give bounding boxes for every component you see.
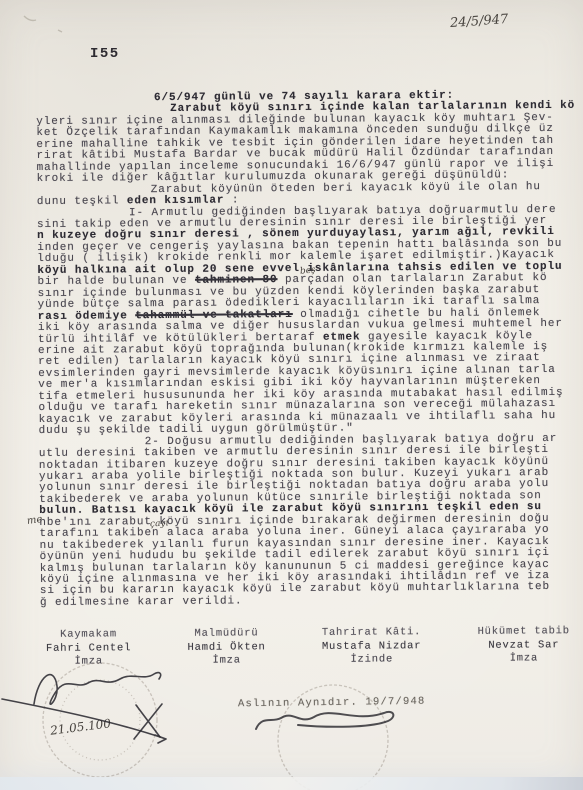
pencil-mark — [24, 16, 36, 21]
sig-title: Hükümet tabib — [478, 625, 570, 639]
sig-title: Malmüdürü — [187, 627, 265, 641]
sig-note: İmza — [46, 655, 131, 669]
sig-note: İzinde — [322, 653, 422, 667]
document-lines: 6/5/947 günlü ve 74 sayılı karara ektir:… — [36, 90, 583, 610]
signature-column: Hükümet tabibNevzat Sarİmza — [478, 625, 571, 666]
handwritten-date-bottom: 21.05.100 — [49, 716, 111, 737]
pencil-dot — [58, 30, 62, 32]
interline-correction: çayı — [150, 518, 169, 529]
signature-column: MalmüdürüHamdi Öktenİmza — [187, 627, 265, 668]
scanned-document-page: 6/5/947 günlü ve 74 sayılı karara ektir:… — [0, 0, 583, 790]
signature-scrawl-center — [256, 712, 393, 729]
sig-name: Nevzat Sar — [478, 639, 570, 653]
sig-title: Kaymakam — [46, 628, 131, 642]
sig-name: Hamdi Ökten — [187, 641, 265, 655]
margin-insertion-note: me — [26, 514, 43, 527]
signature-block: KaymakamFahri CentelİmzaMalmüdürüHamdi Ö… — [46, 625, 570, 669]
sig-title: Tahrirat Kâti. — [322, 626, 422, 640]
signature-column: Tahrirat Kâti.Mustafa Nizdarİzinde — [322, 626, 422, 667]
document-line: ğ edilmesine karar verildi. — [40, 594, 583, 610]
scanner-edge-strip — [0, 777, 583, 790]
sig-note: İmza — [478, 652, 570, 666]
signature-column: KaymakamFahri Centelİmza — [46, 628, 131, 669]
handwritten-date-top: 24/5/947 — [450, 12, 509, 31]
sig-name: Fahri Centel — [46, 642, 131, 656]
folio-number-stamp: I55 — [90, 46, 120, 62]
interline-scribble: beş — [300, 265, 317, 277]
signature-cross-left — [134, 704, 162, 739]
signature-scrawl-left — [34, 673, 161, 705]
sig-note: İmza — [188, 654, 266, 668]
certification-text: Aslının Aynıdır. 19/7/948 — [238, 696, 426, 711]
sig-name: Mustafa Nizdar — [322, 640, 422, 654]
